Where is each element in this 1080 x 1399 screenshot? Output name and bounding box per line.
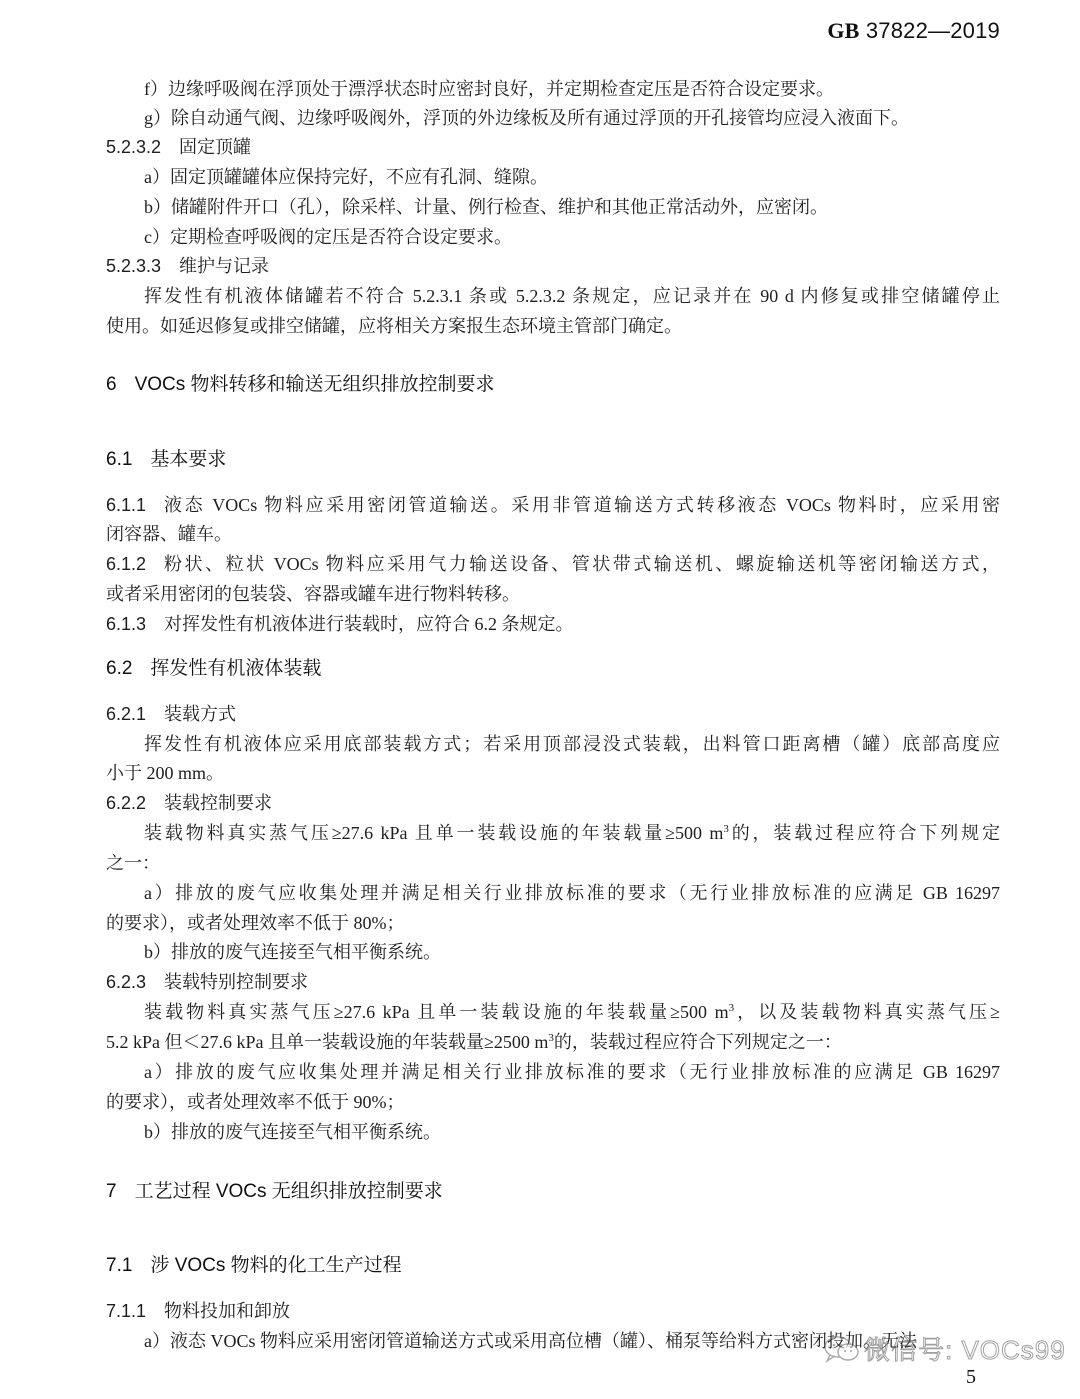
standard-number: 37822—2019 <box>866 18 1000 43</box>
clause-title: 物料投加和卸放 <box>164 1301 290 1321</box>
clause-number: 5.2.3.2 <box>106 135 161 159</box>
paragraph-line: 挥发性有机液体应采用底部装载方式；若采用顶部浸没式装载，出料管口距离槽（罐）底部… <box>144 732 1000 756</box>
clause-number: 6.1.1 <box>106 493 146 517</box>
clause-title: 维护与记录 <box>179 256 269 276</box>
list-item-f: f）边缘呼吸阀在浮顶处于漂浮状态时应密封良好，并定期检查定压是否符合设定要求。 <box>144 77 834 101</box>
section-6-1-heading: 6.1基本要求 <box>106 448 226 472</box>
clause-title: 装载控制要求 <box>164 793 272 813</box>
clause-number: 7.1.1 <box>106 1299 146 1323</box>
clause-number: 6.2.2 <box>106 791 146 815</box>
section-number: 7.1 <box>106 1254 132 1278</box>
clause-6-2-2-heading: 6.2.2装载控制要求 <box>106 791 272 815</box>
section-title: 基本要求 <box>150 449 226 470</box>
list-item-a: a）固定顶罐罐体应保持完好，不应有孔洞、缝隙。 <box>144 165 548 189</box>
clause-6-2-1-heading: 6.2.1装载方式 <box>106 702 236 726</box>
section-title: VOCs 物料转移和输送无组织排放控制要求 <box>135 374 495 395</box>
paragraph-line: 使用。如延迟修复或排空储罐，应将相关方案报生态环境主管部门确定。 <box>106 314 682 338</box>
clause-title: 固定顶罐 <box>179 137 251 157</box>
clause-title: 装载特别控制要求 <box>164 972 308 992</box>
paragraph-line: 装载物料真实蒸气压≥27.6 kPa 且单一装载设施的年装载量≥500 m3的，… <box>144 821 1000 845</box>
section-number: 6.1 <box>106 448 132 472</box>
paragraph-line: 挥发性有机液体储罐若不符合 5.2.3.1 条或 5.2.3.2 条规定，应记录… <box>144 284 1000 308</box>
list-item-a: a）液态 VOCs 物料应采用密闭管道输送方式或采用高位槽（罐）、桶泵等给料方式… <box>144 1329 917 1353</box>
paragraph-line: 的要求），或者处理效率不低于 80%； <box>106 911 405 935</box>
paragraph-line: 之一： <box>106 851 160 875</box>
clause-text: 液态 VOCs 物料应采用密闭管道输送。采用非管道输送方式转移液态 VOCs 物… <box>164 493 1000 517</box>
standard-prefix: GB <box>827 18 859 43</box>
document-page: GB 37822—2019 f）边缘呼吸阀在浮顶处于漂浮状态时应密封良好，并定期… <box>0 0 1080 1399</box>
paragraph-line: 装载物料真实蒸气压≥27.6 kPa 且单一装载设施的年装载量≥500 m3，以… <box>144 1000 1000 1024</box>
clause-title: 装载方式 <box>164 704 236 724</box>
section-title: 挥发性有机液体装载 <box>150 658 321 679</box>
list-item-b: b）排放的废气连接至气相平衡系统。 <box>144 1120 441 1144</box>
section-6-heading: 6VOCs 物料转移和输送无组织排放控制要求 <box>106 373 495 397</box>
paragraph-line: 5.2 kPa 但＜27.6 kPa 且单一装载设施的年装载量≥2500 m3的… <box>106 1030 842 1054</box>
clause-number: 5.2.3.3 <box>106 254 161 278</box>
list-item-b: b）排放的废气连接至气相平衡系统。 <box>144 940 441 964</box>
clause-text: 粉状、粒状 VOCs 物料应采用气力输送设备、管状带式输送机、螺旋输送机等密闭输… <box>164 552 1000 576</box>
clause-number: 6.1.3 <box>106 612 146 636</box>
section-number: 7 <box>106 1180 117 1204</box>
clause-6-1-3: 6.1.3对挥发性有机液体进行装载时，应符合 6.2 条规定。 <box>106 612 574 636</box>
paragraph-line: 或者采用密闭的包装袋、容器或罐车进行物料转移。 <box>106 582 520 606</box>
section-number: 6 <box>106 373 117 397</box>
clause-6-2-3-heading: 6.2.3装载特别控制要求 <box>106 970 308 994</box>
section-number: 6.2 <box>106 657 132 681</box>
section-6-2-heading: 6.2挥发性有机液体装载 <box>106 657 321 681</box>
clause-5-2-3-3-heading: 5.2.3.3维护与记录 <box>106 254 269 278</box>
section-title: 工艺过程 VOCs 无组织排放控制要求 <box>135 1181 443 1202</box>
standard-code-header: GB 37822—2019 <box>827 18 1000 44</box>
list-item-a: a）排放的废气应收集处理并满足相关行业排放标准的要求（无行业排放标准的应满足 G… <box>144 881 1000 905</box>
clause-6-1-2: 6.1.2 粉状、粒状 VOCs 物料应采用气力输送设备、管状带式输送机、螺旋输… <box>106 552 1000 576</box>
list-item-b: b）储罐附件开口（孔），除采样、计量、例行检查、维护和其他正常活动外，应密闭。 <box>144 195 828 219</box>
section-title: 涉 VOCs 物料的化工生产过程 <box>150 1255 401 1276</box>
list-item-c: c）定期检查呼吸阀的定压是否符合设定要求。 <box>144 225 512 249</box>
clause-number: 6.2.3 <box>106 970 146 994</box>
clause-text: 对挥发性有机液体进行装载时，应符合 6.2 条规定。 <box>164 614 574 634</box>
clause-7-1-1-heading: 7.1.1物料投加和卸放 <box>106 1299 290 1323</box>
section-7-heading: 7工艺过程 VOCs 无组织排放控制要求 <box>106 1180 443 1204</box>
section-7-1-heading: 7.1涉 VOCs 物料的化工生产过程 <box>106 1254 402 1278</box>
list-item-g: g）除自动通气阀、边缘呼吸阀外，浮顶的外边缘板及所有通过浮顶的开孔接管均应浸入液… <box>144 106 909 130</box>
paragraph-line: 小于 200 mm。 <box>106 761 224 785</box>
clause-number: 6.1.2 <box>106 552 146 576</box>
clause-5-2-3-2-heading: 5.2.3.2固定顶罐 <box>106 135 251 159</box>
page-number: 5 <box>966 1366 976 1389</box>
clause-6-1-1: 6.1.1 液态 VOCs 物料应采用密闭管道输送。采用非管道输送方式转移液态 … <box>106 493 1000 517</box>
paragraph-line: 的要求），或者处理效率不低于 90%； <box>106 1090 405 1114</box>
clause-number: 6.2.1 <box>106 702 146 726</box>
paragraph-line: 闭容器、罐车。 <box>106 522 232 546</box>
list-item-a: a）排放的废气应收集处理并满足相关行业排放标准的要求（无行业排放标准的应满足 G… <box>144 1060 1000 1084</box>
